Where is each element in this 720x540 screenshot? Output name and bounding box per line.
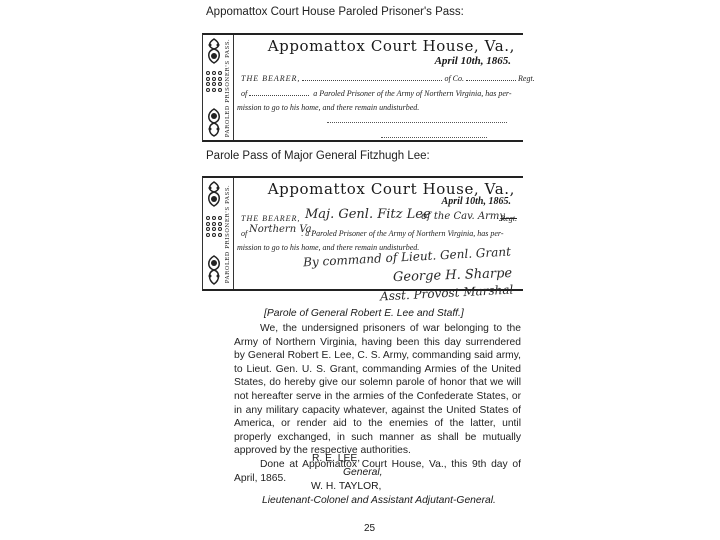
handwritten-signature: George H. Sharpe xyxy=(393,266,513,285)
strip-label: PAROLED PRISONER'S PASS. xyxy=(224,178,232,289)
ornamental-strip: PAROLED PRISONER'S PASS. xyxy=(203,35,234,140)
pass-heading: Appomattox Court House, Va., xyxy=(268,37,515,55)
signer-name: W. H. TAYLOR, xyxy=(311,481,381,492)
document-title: [Parole of General Robert E. Lee and Sta… xyxy=(264,308,464,319)
paragraph: We, the undersigned prisoners of war bel… xyxy=(234,322,521,458)
handwritten-unit: of the Cav. Army xyxy=(421,211,505,222)
pass-date: April 10th, 1865. xyxy=(435,55,511,67)
permission-line: mission to go to his home, and there rem… xyxy=(237,103,517,112)
floral-ornament-icon xyxy=(205,107,223,137)
floral-ornament-icon xyxy=(205,254,223,286)
dot-grid-ornament xyxy=(206,71,224,92)
handwritten-region: Northern Va. xyxy=(249,224,315,235)
signer-title: Lieutenant-Colonel and Assistant Adjutan… xyxy=(262,495,496,506)
caption-blank-pass: Appomattox Court House Paroled Prisoner'… xyxy=(206,6,464,18)
regt-label: Regt. xyxy=(500,214,517,223)
bearer-line: THE BEARER,of Co.Regt. xyxy=(241,74,517,83)
signer-title: General, xyxy=(343,467,383,478)
prisoner-line: of a Paroled Prisoner of the Army of Nor… xyxy=(241,89,517,98)
page-number: 25 xyxy=(364,523,375,534)
signature-line xyxy=(381,137,487,138)
floral-ornament-icon xyxy=(205,180,223,208)
signature-line xyxy=(327,122,507,123)
caption-lee-pass: Parole Pass of Major General Fitzhugh Le… xyxy=(206,150,430,162)
floral-ornament-icon xyxy=(205,37,223,65)
ornamental-strip: PAROLED PRISONER'S PASS. xyxy=(203,178,234,289)
pass-date: April 10th, 1865. xyxy=(442,196,511,207)
dot-grid-ornament xyxy=(206,216,224,237)
signer-name: R. E. LEE, xyxy=(312,453,360,464)
parole-text: We, the undersigned prisoners of war bel… xyxy=(234,322,521,485)
blank-parole-pass: PAROLED PRISONER'S PASS. Appomattox Cour… xyxy=(202,33,523,142)
strip-label: PAROLED PRISONER'S PASS. xyxy=(224,35,232,140)
handwritten-bearer-name: Maj. Genl. Fitz Lee xyxy=(305,207,431,222)
fitzhugh-lee-parole-pass: PAROLED PRISONER'S PASS. Appomattox Cour… xyxy=(202,176,523,291)
